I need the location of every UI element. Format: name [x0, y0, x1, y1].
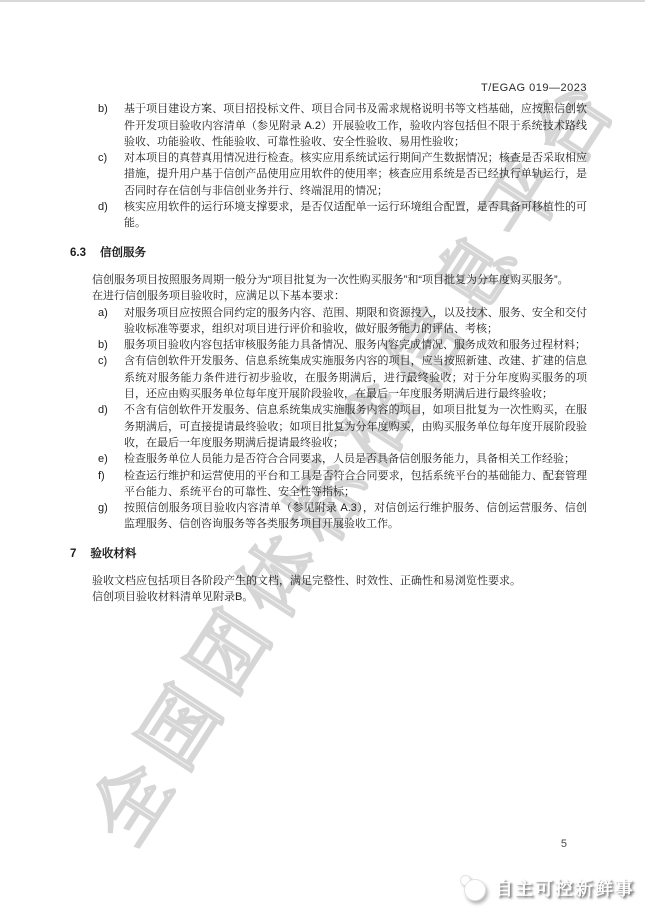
paragraph: 验收文档应包括项目各阶段产生的文档，满足完整性、时效性、正确性和易浏览性要求。: [70, 573, 587, 589]
service-clause-list: a) 对服务项目应按照合同约定的服务内容、范围、期限和资源投入，以及技术、服务、…: [70, 305, 587, 533]
list-item: c) 对本项目的真替真用情况进行检查。核实应用系统试运行期间产生数据情况；核查是…: [70, 150, 587, 199]
list-item-text: 检查服务单位人员能力是否符合合同要求，人员是否具备信创服务能力，具备相关工作经验…: [124, 451, 587, 467]
list-item-text: 服务项目验收内容包括审核服务能力具备情况、服务内容完成情况、服务成效和服务过程材…: [124, 337, 587, 353]
list-item: f) 检查运行维护和运营使用的平台和工具是否符合合同要求，包括系统平台的基础能力…: [70, 468, 587, 501]
list-item: d) 不含有信创软件开发服务、信息系统集成实施服务内容的项目，如项目批复为一次性…: [70, 402, 587, 451]
list-item-text: 按照信创服务项目验收内容清单（参见附录 A.3），对信创运行维护服务、信创运营服…: [124, 500, 587, 533]
list-item-label: c): [98, 353, 124, 402]
doc-code: T/EGAG 019—2023: [70, 80, 587, 96]
section-title: 信创服务: [100, 245, 146, 261]
list-item-label: d): [98, 199, 124, 232]
list-item-label: e): [98, 451, 124, 467]
section-heading-7: 7 验收材料: [70, 546, 587, 562]
list-item: e) 检查服务单位人员能力是否符合合同要求，人员是否具备信创服务能力，具备相关工…: [70, 451, 587, 467]
list-item-label: b): [98, 101, 124, 150]
section-heading-6-3: 6.3 信创服务: [70, 245, 587, 261]
list-item-text: 对服务项目应按照合同约定的服务内容、范围、期限和资源投入，以及技术、服务、安全和…: [124, 305, 587, 338]
section-title: 验收材料: [90, 546, 136, 562]
list-item-text: 基于项目建设方案、项目招投标文件、项目合同书及需求规格说明书等文档基础，应按照信…: [124, 101, 587, 150]
list-item: b) 基于项目建设方案、项目招投标文件、项目合同书及需求规格说明书等文档基础，应…: [70, 101, 587, 150]
list-item-text: 含有信创软件开发服务、信息系统集成实施服务内容的项目，应当按照新建、改建、扩建的…: [124, 353, 587, 402]
page-content: T/EGAG 019—2023 b) 基于项目建设方案、项目招投标文件、项目合同…: [0, 2, 645, 606]
section-number: 6.3: [70, 245, 86, 261]
logo-big-circle: [464, 879, 486, 901]
account-logo-icon: [460, 875, 486, 901]
list-item-label: a): [98, 305, 124, 338]
document-page: 全国团体标准信息平台 T/EGAG 019—2023 b) 基于项目建设方案、项…: [0, 0, 645, 913]
list-item-label: g): [98, 500, 124, 533]
list-item-text: 核实应用软件的运行环境支撑要求，是否仅适配单一运行环境组合配置，是否具备可移植性…: [124, 199, 587, 232]
list-item-label: c): [98, 150, 124, 199]
intro-clause-list: b) 基于项目建设方案、项目招投标文件、项目合同书及需求规格说明书等文档基础，应…: [70, 101, 587, 231]
list-item: b) 服务项目验收内容包括审核服务能力具备情况、服务内容完成情况、服务成效和服务…: [70, 337, 587, 353]
list-item: d) 核实应用软件的运行环境支撑要求，是否仅适配单一运行环境组合配置，是否具备可…: [70, 199, 587, 232]
list-item-text: 对本项目的真替真用情况进行检查。核实应用系统试运行期间产生数据情况；核查是否采取…: [124, 150, 587, 199]
paragraph: 信创项目验收材料清单见附录B。: [70, 589, 587, 605]
list-item: c) 含有信创软件开发服务、信息系统集成实施服务内容的项目，应当按照新建、改建、…: [70, 353, 587, 402]
paragraph: 信创服务项目按照服务周期一般分为“项目批复为一次性购买服务”和“项目批复为分年度…: [70, 272, 587, 288]
list-item: a) 对服务项目应按照合同约定的服务内容、范围、期限和资源投入，以及技术、服务、…: [70, 305, 587, 338]
account-name: 自主可控新鲜事: [495, 875, 635, 901]
list-item-label: f): [98, 468, 124, 501]
list-item: g) 按照信创服务项目验收内容清单（参见附录 A.3），对信创运行维护服务、信创…: [70, 500, 587, 533]
page-number: 5: [561, 838, 567, 850]
paragraph: 在进行信创服务项目验收时，应满足以下基本要求：: [70, 288, 587, 304]
list-item-label: d): [98, 402, 124, 451]
footer-account-watermark: 自主可控新鲜事: [460, 875, 635, 901]
section-number: 7: [70, 546, 76, 562]
list-item-text: 不含有信创软件开发服务、信息系统集成实施服务内容的项目，如项目批复为一次性购买，…: [124, 402, 587, 451]
list-item-label: b): [98, 337, 124, 353]
list-item-text: 检查运行维护和运营使用的平台和工具是否符合合同要求，包括系统平台的基础能力、配套…: [124, 468, 587, 501]
